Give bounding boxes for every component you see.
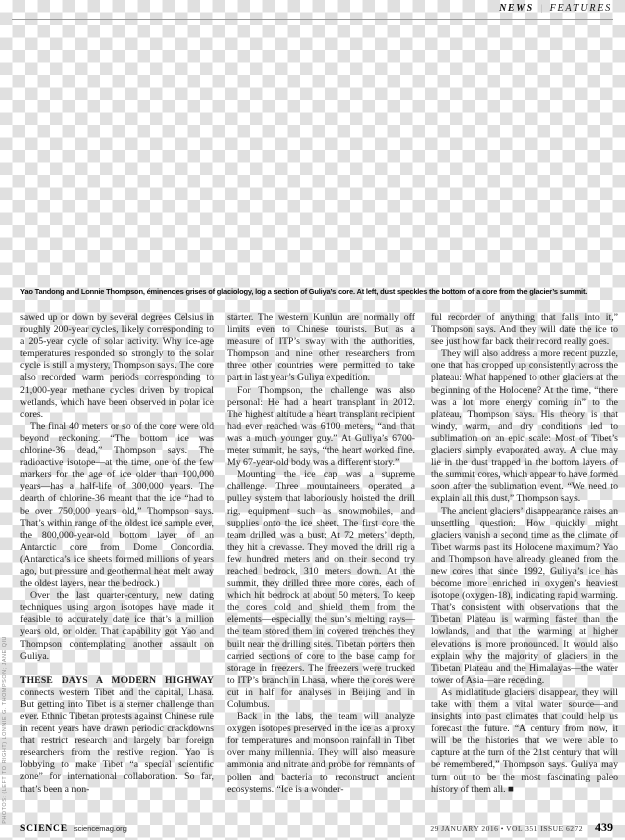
paragraph: They will also address a more recent puz…: [431, 348, 618, 505]
paragraph: Back in the labs, the team will analyze …: [227, 711, 415, 796]
header-divider: |: [541, 3, 543, 13]
paragraph-text: connects western Tibet and the capital, …: [20, 687, 214, 795]
paragraph: sawed up or down by several degrees Cels…: [20, 312, 214, 421]
science-wordmark: SCIENCE: [20, 824, 68, 834]
paragraph: ful recorder of anything that falls into…: [431, 312, 618, 348]
section-lead-in: THESE DAYS A MODERN HIGHWAY: [20, 675, 214, 686]
section-label-news: NEWS: [499, 3, 534, 14]
footer-website: sciencemag.org: [74, 824, 127, 833]
footer-right: 29 JANUARY 2016 • VOL 351 ISSUE 6272 439: [430, 820, 613, 835]
text-column-3: ful recorder of anything that falls into…: [431, 312, 618, 796]
paragraph: For Thompson, the challenge was also per…: [227, 385, 415, 470]
paragraph: starter. The western Kunlun are normally…: [227, 312, 415, 385]
paragraph-section-start: THESE DAYS A MODERN HIGHWAY connects wes…: [20, 675, 214, 796]
paragraph: The final 40 meters or so of the core we…: [20, 421, 214, 590]
issue-info: 29 JANUARY 2016 • VOL 351 ISSUE 6272: [430, 824, 583, 833]
section-label-features: FEATURES: [550, 3, 612, 14]
photo-credit-vertical: PHOTOS: (LEFT TO RIGHT) LONNIE G. THOMPS…: [2, 636, 8, 824]
paragraph-with-end-mark: As midlatitude glaciers disappear, they …: [431, 687, 618, 796]
text-column-2: starter. The western Kunlun are normally…: [227, 312, 415, 796]
page-number: 439: [595, 820, 613, 835]
photo-transparent-region: [12, 21, 613, 284]
paragraph: The ancient glaciers’ disappearance rais…: [431, 506, 618, 687]
paragraph: Mounting the ice cap was a supreme chall…: [227, 469, 415, 711]
photo-caption: Yao Tandong and Lonnie Thompson, éminenc…: [20, 287, 618, 296]
magazine-page: NEWS | FEATURES Yao Tandong and Lonnie T…: [0, 0, 625, 840]
section-header: NEWS | FEATURES: [499, 3, 612, 14]
paragraph: Over the last quarter-century, new datin…: [20, 590, 214, 663]
footer-left: SCIENCE sciencemag.org: [20, 824, 127, 834]
text-column-1: sawed up or down by several degrees Cels…: [20, 312, 214, 796]
page-footer: SCIENCE sciencemag.org 29 JANUARY 2016 •…: [20, 820, 613, 835]
header-rule: [12, 19, 613, 20]
